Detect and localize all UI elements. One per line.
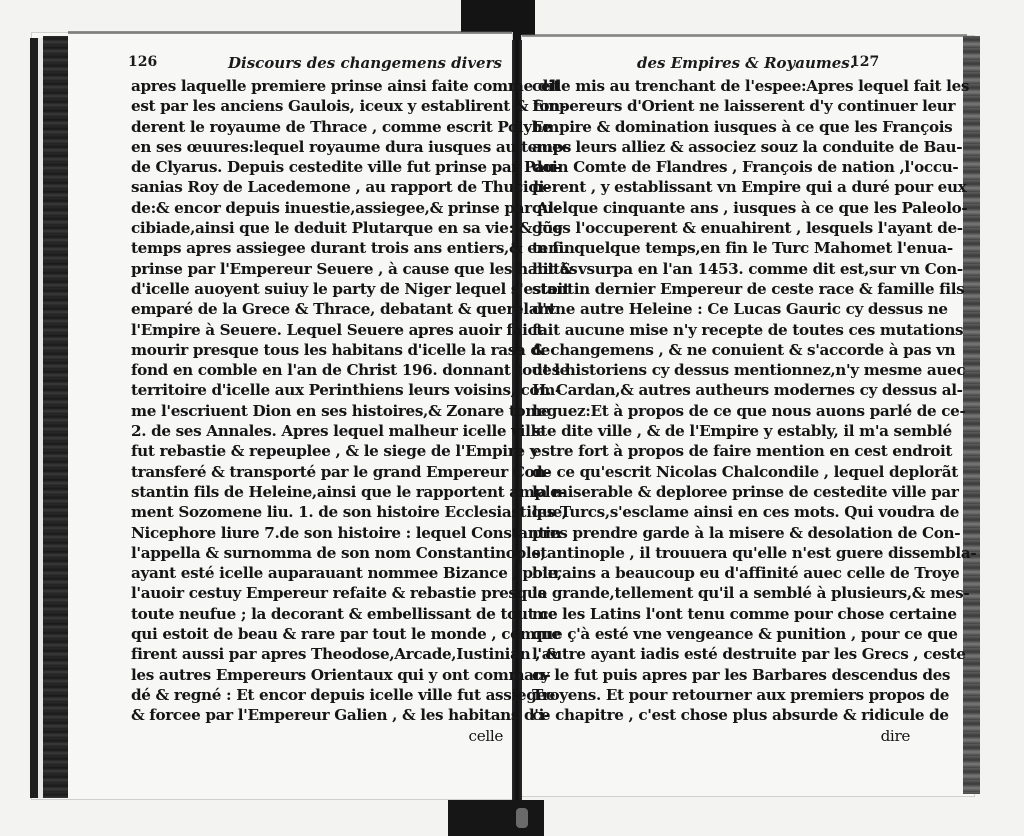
text-line: les Turcs,s'esclame ainsi en ces mots. Q… — [532, 502, 910, 522]
text-line: d'icelle auoyent suiuy le party de Niger… — [131, 279, 503, 299]
text-line: stantin fils de Heleine,ainsi que le rap… — [131, 482, 503, 502]
text-line: derent le royaume de Thrace , comme escr… — [131, 117, 503, 137]
text-line: de ce qu'escrit Nicolas Chalcondile , le… — [532, 462, 910, 482]
text-line: ment Sozomene liu. 1. de son histoire Ec… — [131, 502, 503, 522]
text-line: & forcee par l'Empereur Galien , & les h… — [131, 705, 503, 725]
text-line: & changemens , & ne conuient & s'accorde… — [532, 340, 910, 360]
left-page-edge-inner — [43, 36, 68, 798]
right-running-head: des Empires & Royaumes. — [637, 54, 855, 72]
right-page-text: celle mis au trenchant de l'espee:Apres … — [532, 76, 910, 746]
text-line: ayant esté icelle auparauant nommee Biza… — [131, 563, 503, 583]
text-line: l'appella & surnomma de son nom Constant… — [131, 543, 503, 563]
text-line: Empire & domination iusques à ce que les… — [532, 117, 910, 137]
text-line: ste dite ville , & de l'Empire y estably… — [532, 421, 910, 441]
text-line: fut rebastie & repeuplee , & le siege de… — [131, 441, 503, 461]
text-line: prinse par l'Empereur Seuere , à cause q… — [131, 259, 503, 279]
right-page-top-rule — [522, 34, 967, 37]
text-line: des historiens cy dessus mentionnez,n'y … — [532, 360, 910, 380]
text-line: hit & vsurpa en l'an 1453. comme dit est… — [532, 259, 910, 279]
text-line: tenu quelque temps,en fin le Turc Mahome… — [532, 238, 910, 258]
text-line: quelque cinquante ans , iusques à ce que… — [532, 198, 910, 218]
text-line: Nicephore liure 7.de son histoire : lequ… — [131, 523, 503, 543]
text-line: dé & regné : Et encor depuis icelle vill… — [131, 685, 503, 705]
text-line: Empereurs d'Orient ne laisserent d'y con… — [532, 96, 910, 116]
right-page-number: 127 — [850, 54, 879, 70]
text-line: en ses œuures:lequel royaume dura iusque… — [131, 137, 503, 157]
text-line: la grande,tellement qu'il a semblé à plu… — [532, 583, 910, 603]
text-line: estre fort à propos de faire mention en … — [532, 441, 910, 461]
text-line: la miserable & deploree prinse de cested… — [532, 482, 910, 502]
text-line: emparé de la Grece & Thrace, debatant & … — [131, 299, 503, 319]
text-line: les autres Empereurs Orientaux qui y ont… — [131, 665, 503, 685]
spine-bottom-mark — [516, 808, 528, 828]
text-line: de Clyarus. Depuis cestedite ville fut p… — [131, 157, 503, 177]
text-line: auec leurs alliez & associez souz la con… — [532, 137, 910, 157]
left-page-top-rule — [68, 31, 512, 34]
text-line: me les Latins l'ont tenu comme pour chos… — [532, 604, 910, 624]
text-line: fond en comble en l'an de Christ 196. do… — [131, 360, 503, 380]
left-running-head: Discours des changemens divers — [228, 54, 502, 72]
text-line: apres laquelle premiere prinse ainsi fai… — [131, 76, 503, 96]
text-line: transferé & transporté par le grand Empe… — [131, 462, 503, 482]
text-line: temps apres assiegee durant trois ans en… — [131, 238, 503, 258]
text-line: cy le fut puis apres par les Barbares de… — [532, 665, 910, 685]
right-page-header: des Empires & Royaumes. 127 — [530, 54, 880, 76]
text-line: toute neufue ; la decorant & embellissan… — [131, 604, 503, 624]
text-line: pres prendre garde à la misere & desolat… — [532, 523, 910, 543]
text-line: l'Empire à Seuere. Lequel Seuere apres a… — [131, 320, 503, 340]
left-page-edge-outer — [30, 38, 38, 798]
text-line: ble,ains a beaucoup eu d'affinité auec c… — [532, 563, 910, 583]
text-line: mourir presque tous les habitans d'icell… — [131, 340, 503, 360]
text-line: stantinople , il trouuera qu'elle n'est … — [532, 543, 910, 563]
text-line: cibiade,ainsi que le deduit Plutarque en… — [131, 218, 503, 238]
text-line: stantin dernier Empereur de ceste race &… — [532, 279, 910, 299]
text-line: territoire d'icelle aux Perinthiens leur… — [131, 380, 503, 400]
left-page-header: 126 Discours des changemens divers — [128, 54, 500, 76]
text-line: ce chapitre , c'est chose plus absurde &… — [532, 705, 910, 725]
catchword: dire — [532, 726, 910, 746]
text-line: Troyens. Et pour retourner aux premiers … — [532, 685, 910, 705]
text-line: celle mis au trenchant de l'espee:Apres … — [532, 76, 910, 96]
text-line: de:& encor depuis inuestie,assiegee,& pr… — [131, 198, 503, 218]
text-line: gues l'occuperent & enuahirent , lesquel… — [532, 218, 910, 238]
text-line: l'autre ayant iadis esté destruite par l… — [532, 644, 910, 664]
catchword: celle — [131, 726, 503, 746]
text-line: 2. de ses Annales. Apres lequel malheur … — [131, 421, 503, 441]
text-line: l'auoir cestuy Empereur refaite & rebast… — [131, 583, 503, 603]
text-line: leguez:Et à propos de ce que nous auons … — [532, 401, 910, 421]
book-spine-bottom — [448, 800, 544, 836]
text-line: que ç'à esté vne vengeance & punition , … — [532, 624, 910, 644]
text-line: me l'escriuent Dion en ses histoires,& Z… — [131, 401, 503, 421]
right-page-edge — [963, 36, 980, 794]
text-line: fait aucune mise n'y recepte de toutes c… — [532, 320, 910, 340]
text-line: d'vne autre Heleine : Ce Lucas Gauric cy… — [532, 299, 910, 319]
left-page-text: apres laquelle premiere prinse ainsi fai… — [131, 76, 503, 746]
text-line: sanias Roy de Lacedemone , au rapport de… — [131, 177, 503, 197]
text-line: est par les anciens Gaulois, iceux y est… — [131, 96, 503, 116]
text-line: firent aussi par apres Theodose,Arcade,I… — [131, 644, 503, 664]
left-page-number: 126 — [128, 54, 157, 70]
text-line: perent , y establissant vn Empire qui a … — [532, 177, 910, 197]
text-line: doin Comte de Flandres , François de nat… — [532, 157, 910, 177]
text-line: qui estoit de beau & rare par tout le mo… — [131, 624, 503, 644]
text-line: H. Cardan,& autres autheurs modernes cy … — [532, 380, 910, 400]
